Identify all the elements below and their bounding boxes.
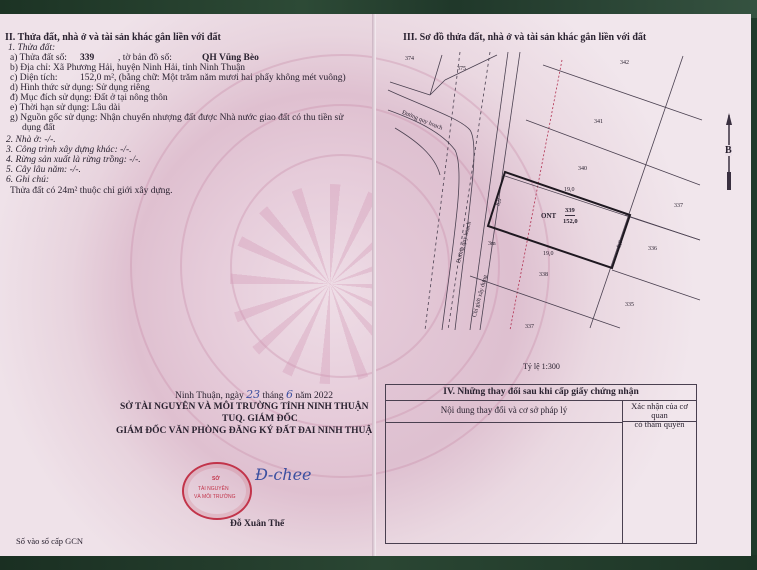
- changes-confirmation-cell: [622, 422, 697, 543]
- parcel-label: 340: [578, 164, 587, 175]
- changes-content-cell: [386, 422, 623, 543]
- parcel-label: 336: [648, 244, 657, 255]
- setback-distance: 3m: [488, 239, 496, 250]
- subject-parcel-area: 152,0: [563, 216, 578, 227]
- edge-length: 19,0: [543, 249, 554, 260]
- parcel-label: 337: [674, 201, 683, 212]
- map-scale: Tỷ lệ 1:300: [523, 361, 560, 372]
- changes-col-content: Nội dung thay đổi và cơ sở pháp lý: [386, 400, 623, 423]
- changes-col-confirmation: Xác nhận của cơ quan có thẩm quyền: [622, 400, 697, 422]
- parcel-label: 335: [625, 300, 634, 311]
- parcel-label: 342: [620, 58, 629, 69]
- parcel-label: 374: [405, 54, 414, 65]
- subject-parcel-number: 339: [565, 207, 575, 216]
- parcel-label: 375: [457, 64, 466, 75]
- parcel-label: 337: [525, 322, 534, 333]
- edge-length: 19,0: [564, 185, 575, 196]
- parcel-label: 338: [539, 270, 548, 281]
- changes-table-title: IV. Những thay đổi sau khi cấp giấy chứn…: [386, 385, 696, 401]
- changes-table: IV. Những thay đổi sau khi cấp giấy chứn…: [385, 384, 697, 544]
- north-indicator: B: [725, 145, 732, 156]
- col2-line1: Xác nhận của cơ quan: [622, 402, 697, 420]
- parcel-label: 341: [594, 117, 603, 128]
- subject-land-type: ONT: [541, 211, 556, 222]
